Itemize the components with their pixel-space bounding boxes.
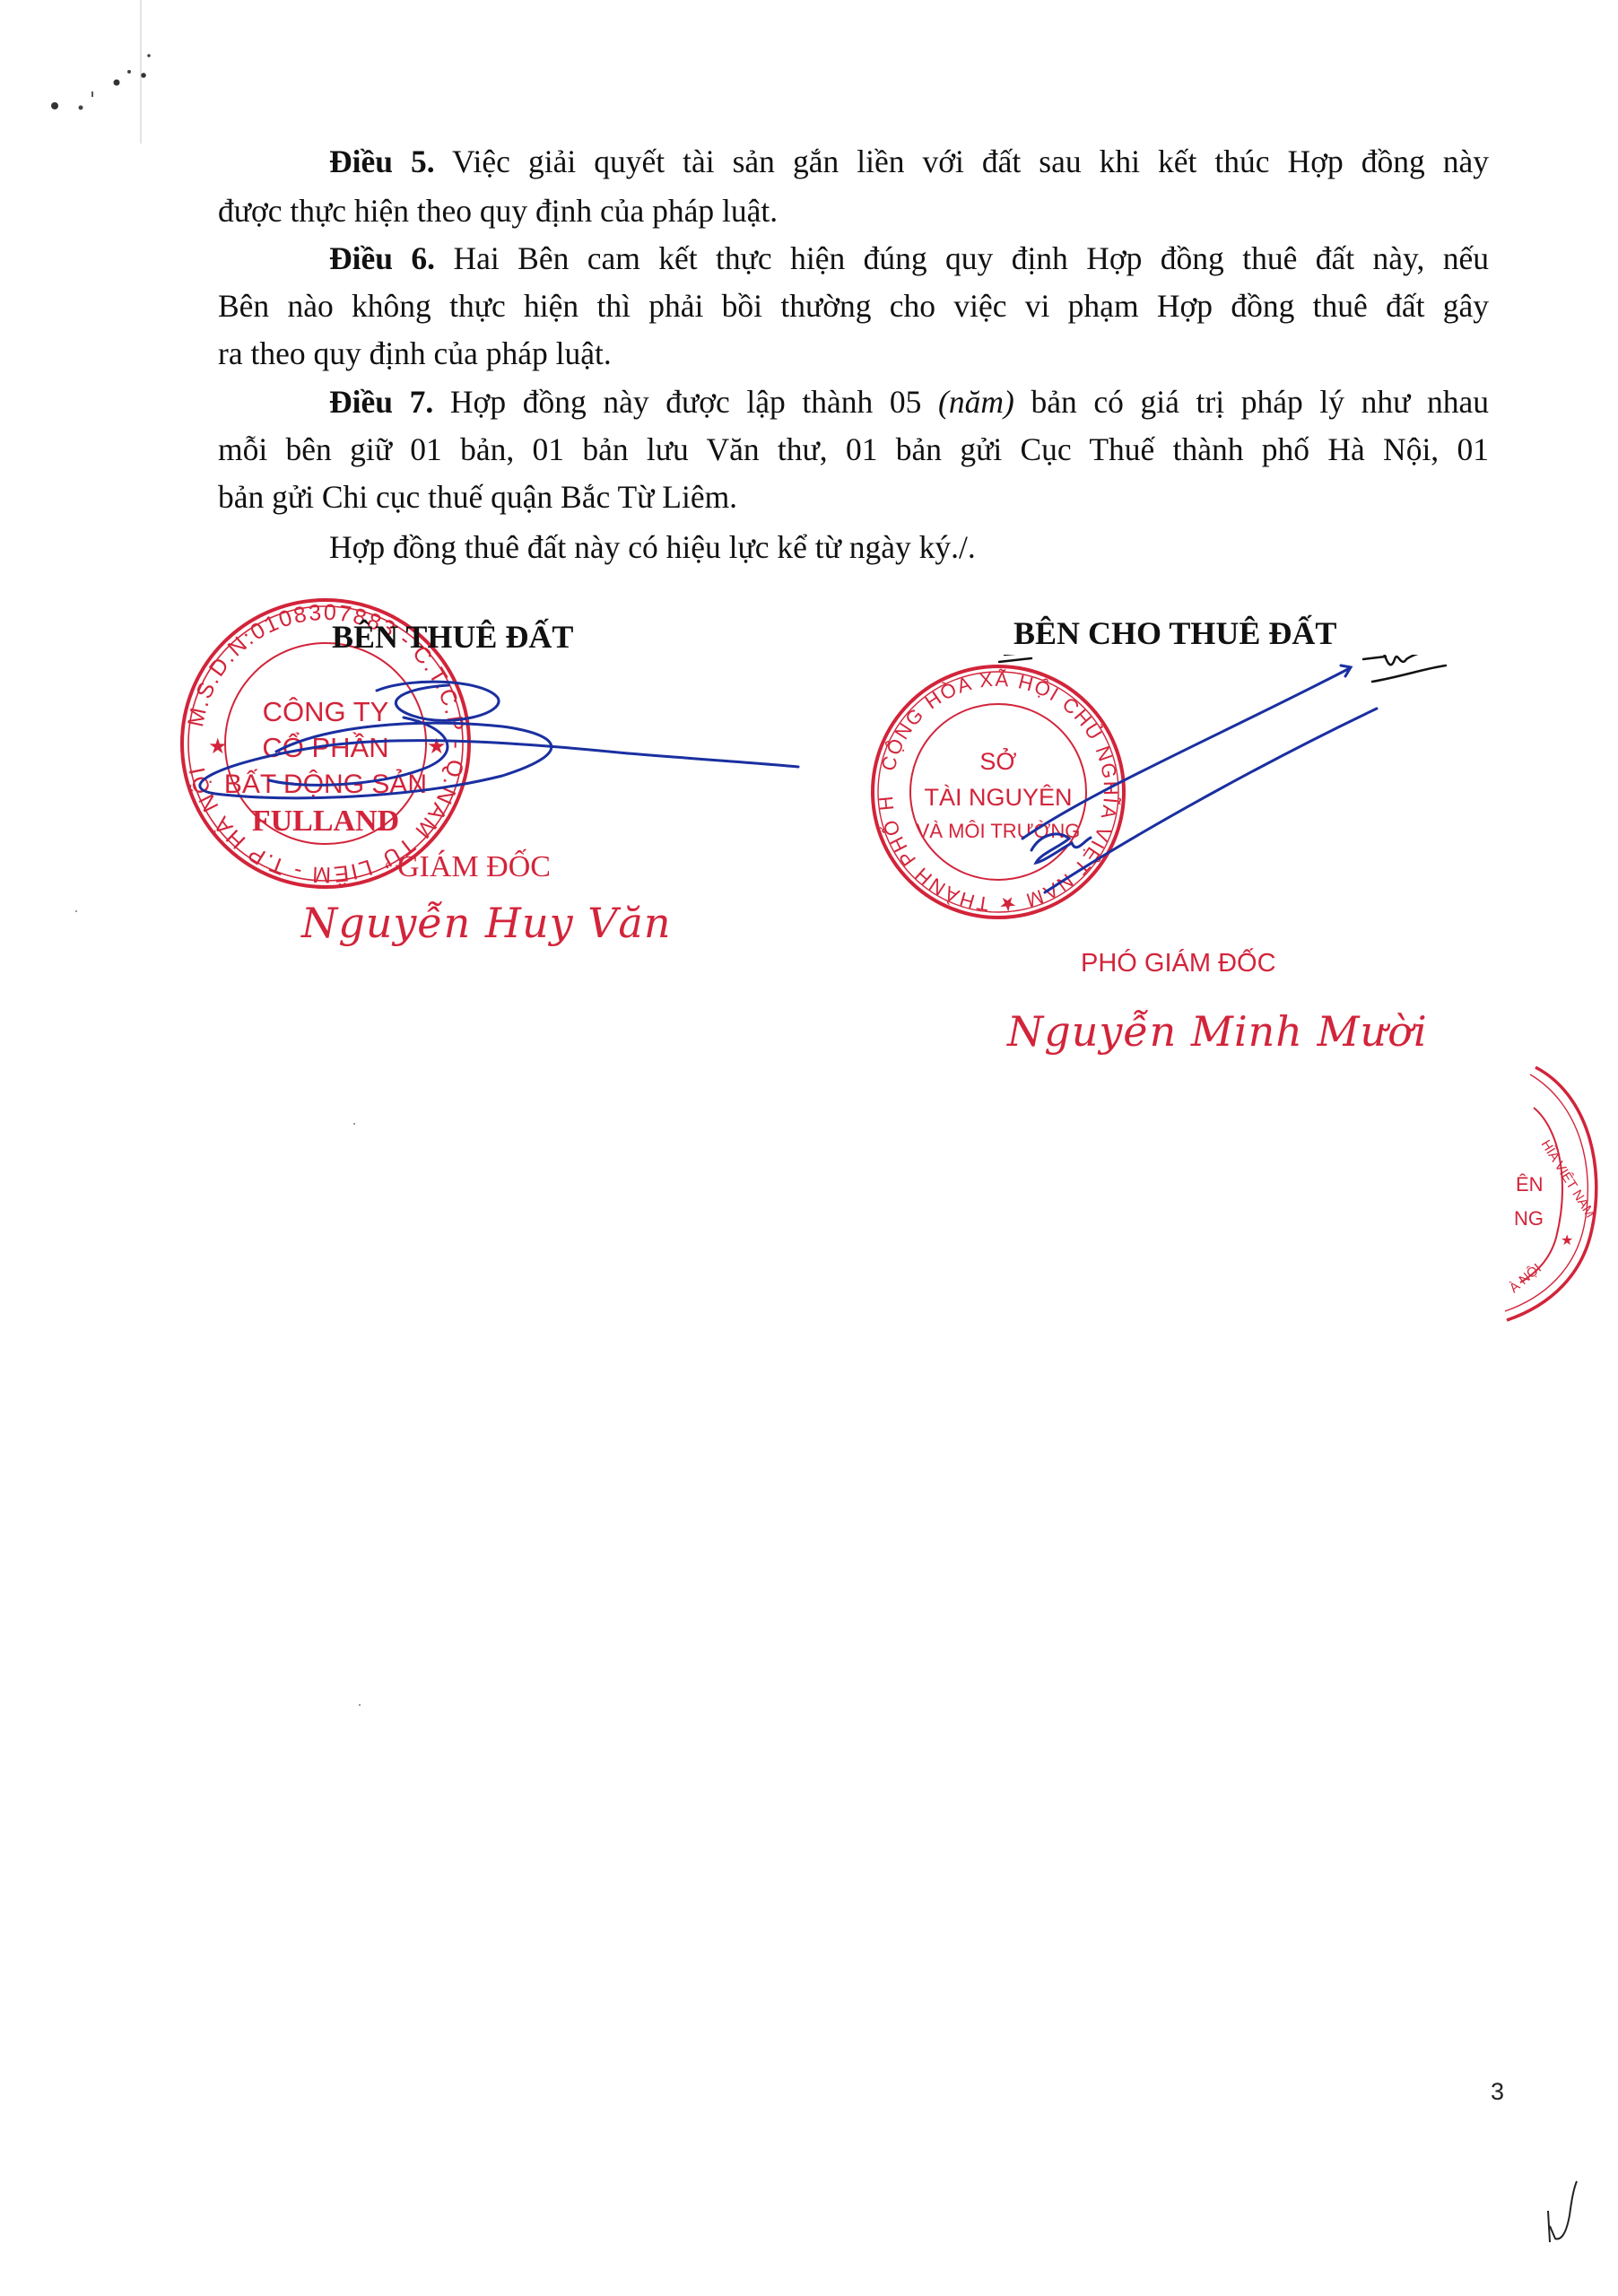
scan-dot — [353, 1123, 355, 1125]
lessee-title: GIÁM ĐỐC — [397, 850, 551, 884]
svg-text:ÊN: ÊN — [1516, 1173, 1544, 1196]
article-6-line-2: Bên nào không thực hiện thì phải bồi thư… — [218, 286, 1489, 326]
article-7-line-2: mỗi bên giữ 01 bản, 01 bản lưu Văn thư, … — [218, 430, 1489, 469]
scan-specks — [0, 0, 215, 143]
partial-seal-edge: HĨA VIỆT NAM ÊN NG ★ À NỘI — [1489, 1058, 1618, 1327]
lessor-heading: BÊN CHO THUÊ ĐẤT — [1013, 613, 1336, 653]
article-7-label: Điều 7. — [329, 384, 433, 420]
article-7-line-1: Điều 7. Hợp đồng này được lập thành 05 (… — [329, 382, 1489, 422]
svg-text:NG: NG — [1514, 1207, 1544, 1230]
document-page: Điều 5. Việc giải quyết tài sản gắn liền… — [0, 0, 1618, 2296]
lessor-signature — [987, 655, 1471, 924]
article-5-label: Điều 5. — [329, 143, 435, 179]
scan-dot — [359, 1704, 361, 1706]
svg-text:HĨA VIỆT NAM: HĨA VIỆT NAM — [1538, 1137, 1598, 1221]
svg-text:À NỘI: À NỘI — [1507, 1261, 1544, 1296]
scan-dot — [75, 910, 77, 912]
article-6-line-1: Điều 6. Hai Bên cam kết thực hiện đúng q… — [329, 239, 1489, 278]
page-initial-mark — [1543, 2179, 1588, 2251]
article-5-line-2: được thực hiện theo quy định của pháp lu… — [218, 191, 1489, 230]
lessee-heading: BÊN THUÊ ĐẤT — [332, 617, 573, 657]
closing-statement: Hợp đồng thuê đất này có hiệu lực kể từ … — [329, 527, 1489, 567]
article-6-label: Điều 6. — [329, 240, 435, 276]
page-number: 3 — [1491, 2078, 1504, 2106]
lessee-name: Nguyễn Huy Văn — [301, 899, 671, 947]
lessor-title: PHÓ GIÁM ĐỐC — [1081, 949, 1276, 978]
lessor-name: Nguyễn Minh Mười — [1007, 1007, 1428, 1056]
svg-text:★: ★ — [1561, 1233, 1573, 1248]
article-5-line-1: Điều 5. Việc giải quyết tài sản gắn liền… — [329, 142, 1489, 181]
lessee-signature — [179, 664, 807, 825]
article-7-line-3: bản gửi Chi cục thuế quận Bắc Từ Liêm. — [218, 477, 1489, 517]
article-6-line-3: ra theo quy định của pháp luật. — [218, 334, 1489, 373]
